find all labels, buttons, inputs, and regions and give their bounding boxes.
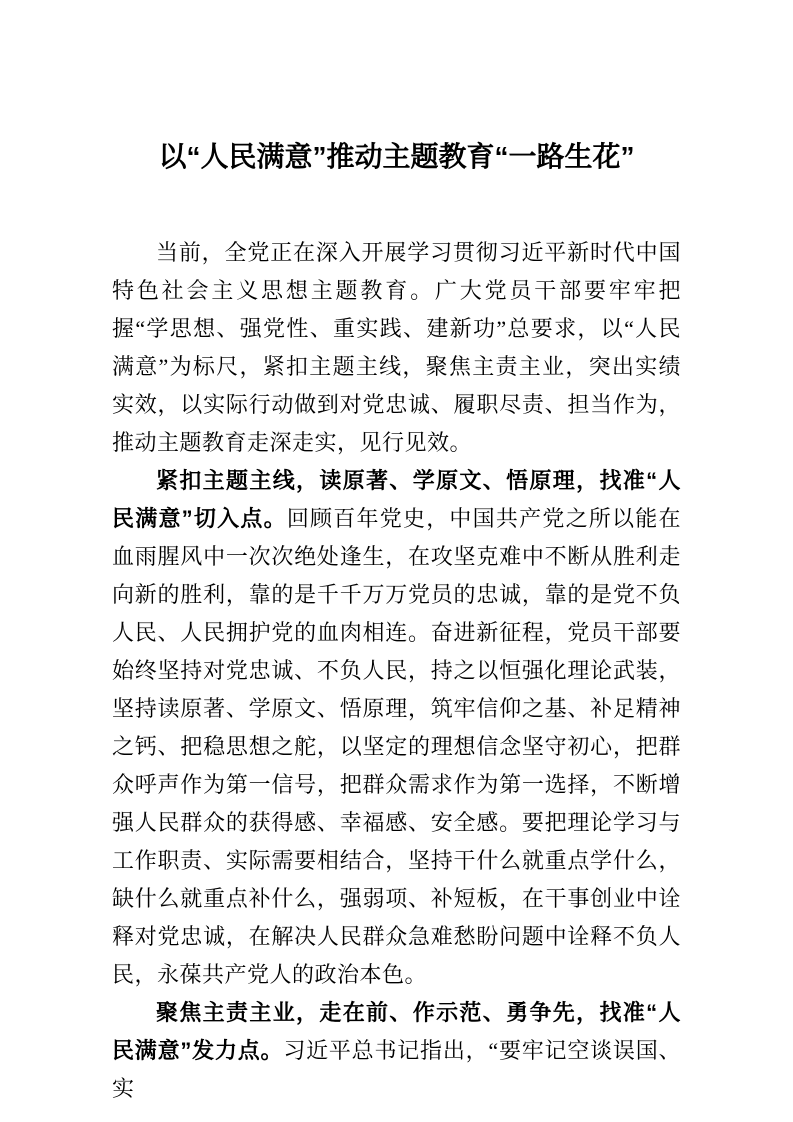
document-title: 以“人民满意”推动主题教育“一路生花” [112,136,681,178]
paragraph-text: 回顾百年党史，中国共产党之所以能在血雨腥风中一次次绝处逢生，在攻坚克难中不断从胜… [112,506,681,987]
paragraph: 紧扣主题主线，读原著、学原文、悟原理，找准“人民满意”切入点。回顾百年党史，中国… [112,462,681,994]
document-body: 当前，全党正在深入开展学习贯彻习近平新时代中国特色社会主义思想主题教育。广大党员… [112,234,681,1108]
document-page: 以“人民满意”推动主题教育“一路生花” 当前，全党正在深入开展学习贯彻习近平新时… [0,0,793,1122]
paragraph: 当前，全党正在深入开展学习贯彻习近平新时代中国特色社会主义思想主题教育。广大党员… [112,234,681,462]
paragraph: 聚焦主责主业，走在前、作示范、勇争先，找准“人民满意”发力点。习近平总书记指出，… [112,994,681,1108]
paragraph-text: 当前，全党正在深入开展学习贯彻习近平新时代中国特色社会主义思想主题教育。广大党员… [112,240,681,455]
